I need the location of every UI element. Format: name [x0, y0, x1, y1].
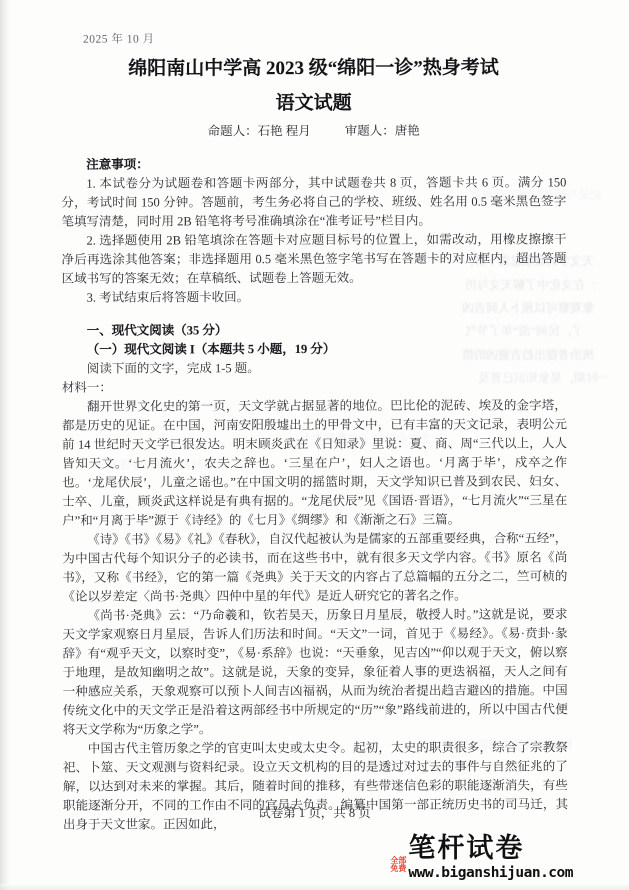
notice-item-2: 2. 选择题使用 2B 铅笔填涂在答题卡对应题目标号的位置上，如需改动，用橡皮擦… [61, 230, 566, 288]
watermark: 笔杆试卷 全部免费 www.biganshijuan.com [394, 833, 573, 882]
reading-instruction: 阅读下面的文字，完成 1-5 题。 [62, 358, 567, 378]
body-paragraph-3: 《尚书·尧典》云：“乃命羲和，钦若昊天，历象日月星辰，敬授人时。”这就是说，要求… [62, 605, 567, 739]
subsection-heading: （一）现代文阅读 I（本题共 5 小题，19 分） [62, 339, 567, 359]
exam-subtitle: 语文试题 [61, 90, 566, 116]
material-label: 材料一： [62, 377, 567, 397]
exam-date: 2025 年 10 月 [83, 29, 566, 46]
notes-heading: 注意事项： [61, 154, 566, 174]
reading-section: 一、现代文阅读（35 分） （一）现代文阅读 I（本题共 5 小题，19 分） … [62, 320, 568, 834]
notes-section: 注意事项： 1. 本试卷分为试题卷和答题卡两部分，其中试题卷共 8 页，答题卡共… [61, 154, 566, 307]
watermark-url-row: 全部免费 www.biganshijuan.com [394, 864, 573, 882]
notice-item-3: 3. 考试结束后将答题卡收回。 [62, 287, 567, 307]
body-paragraph-1: 翻开世界文化史的第一页，天文学就占据显著的地位。巴比伦的泥砖、埃及的金字塔，都是… [62, 396, 567, 530]
watermark-tagline: 全部免费 [390, 857, 408, 873]
notice-item-1: 1. 本试卷分为试题卷和答题卡两部分，其中试题卷共 8 页，答题卡共 6 页。满… [61, 173, 566, 231]
page-footer: 试卷第 1 页，共 8 页 [0, 803, 629, 821]
exam-title: 绵阳南山中学高 2023 级“绵阳一诊”热身考试 [61, 55, 566, 81]
scan-edge-left [0, 0, 10, 890]
body-paragraph-2: 《诗》《书》《易》《礼》《春秋》，自汉代起被认为是儒家的五部重要经典，合称“五经… [62, 529, 567, 606]
section-heading: 一、现代文阅读（35 分） [62, 320, 567, 340]
reviewer-label: 审题人：唐艳 [345, 124, 420, 138]
scan-edge-bottom [0, 884, 629, 890]
page-content: 2025 年 10 月 绵阳南山中学高 2023 级“绵阳一诊”热身考试 语文试… [61, 29, 568, 834]
proposer-label: 命题人：石艳 程月 [208, 124, 311, 138]
examiners-line: 命题人：石艳 程月审题人：唐艳 [61, 120, 566, 139]
watermark-url: www.biganshijuan.com [408, 865, 573, 881]
exam-paper-page: 天文学的景象总需了解， ：在文化中了解天文与历 象观察可以预卜人间吉凶 了，民间… [0, 0, 629, 890]
watermark-brand: 笔杆试卷 [408, 833, 573, 863]
